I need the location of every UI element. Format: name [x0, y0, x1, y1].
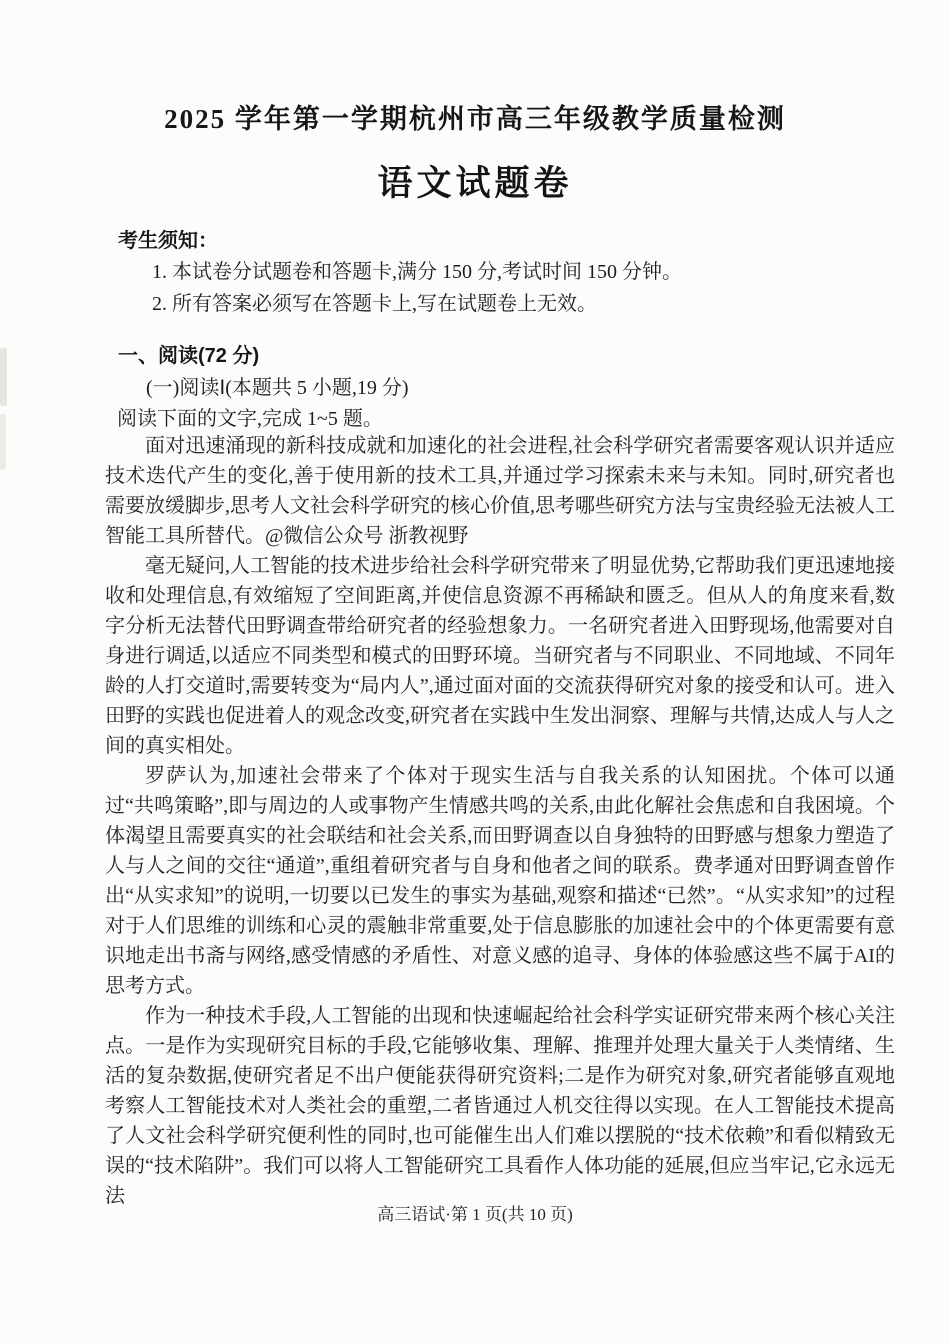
notice-heading: 考生须知：: [118, 226, 890, 256]
passage-paragraph: 作为一种技术手段,人工智能的出现和快速崛起给社会科学实证研究带来两个核心关注点。…: [105, 1001, 895, 1211]
notice-item: 1. 本试卷分试题卷和答题卡,满分 150 分,考试时间 150 分钟。: [152, 256, 890, 288]
reading-passage: 面对迅速涌现的新科技成就和加速化的社会进程,社会科学研究者需要客观认识并适应技术…: [105, 431, 895, 1211]
notice-item: 2. 所有答案必须写在答题卡上,写在试题卷上无效。: [152, 288, 890, 320]
exam-session-title: 2025 学年第一学期杭州市高三年级教学质量检测: [0, 97, 950, 136]
scan-artifact: [0, 414, 6, 470]
passage-paragraph: 面对迅速涌现的新科技成就和加速化的社会进程,社会科学研究者需要客观认识并适应技术…: [105, 431, 895, 551]
section-subheading-reading-1: (一)阅读Ⅰ(本题共 5 小题,19 分): [146, 371, 409, 400]
exam-page: 2025 学年第一学期杭州市高三年级教学质量检测 语文试题卷 考生须知： 1. …: [0, 0, 950, 1344]
passage-paragraph: 毫无疑问,人工智能的技术进步给社会科学研究带来了明显优势,它帮助我们更迅速地接收…: [105, 551, 895, 761]
scan-artifact: [0, 348, 7, 406]
reading-instruction: 阅读下面的文字,完成 1~5 题。: [117, 402, 383, 431]
page-title: 语文试题卷: [0, 156, 950, 206]
section-heading-reading: 一、阅读(72 分): [118, 339, 259, 368]
passage-paragraph: 罗萨认为,加速社会带来了个体对于现实生活与自我关系的认知困扰。个体可以通过“共鸣…: [105, 761, 895, 1001]
page-number-footer: 高三语试·第 1 页(共 10 页): [0, 1200, 950, 1225]
notice-section: 考生须知： 1. 本试卷分试题卷和答题卡,满分 150 分,考试时间 150 分…: [118, 226, 890, 320]
